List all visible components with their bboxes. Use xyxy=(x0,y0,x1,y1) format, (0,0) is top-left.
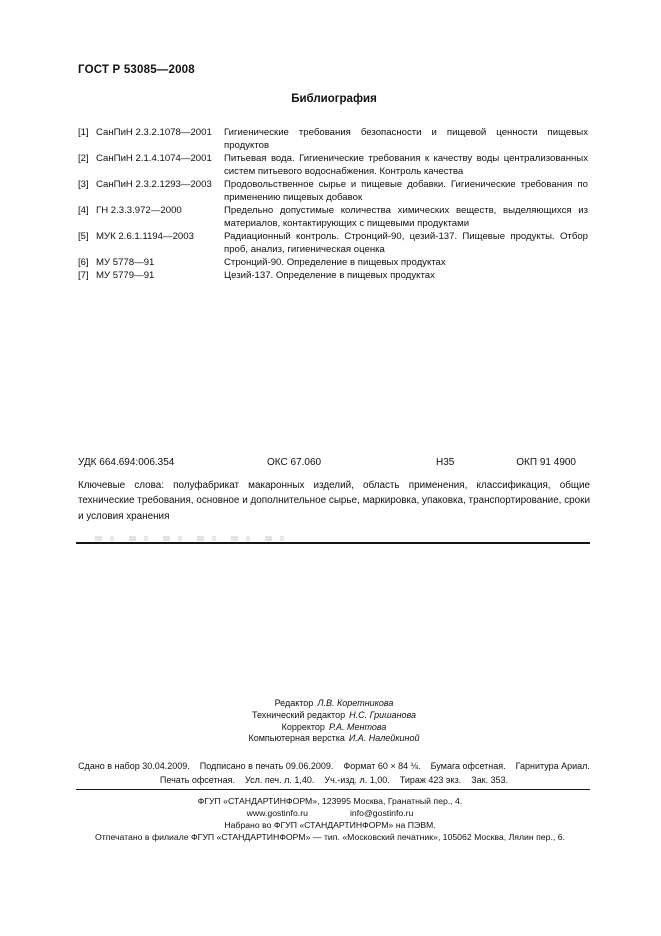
staff-row: Технический редакторН.С. Гришанова xyxy=(78,710,590,722)
staff-role: Технический редактор xyxy=(252,710,345,720)
bibliography-item-number: [7] xyxy=(78,269,96,282)
document-page: ГОСТ Р 53085—2008 Библиография [1] СанПи… xyxy=(0,0,661,936)
bibliography-item-code: ГН 2.3.3.972—2000 xyxy=(96,204,224,230)
printed-note: Отпечатано в филиале ФГУП «СТАНДАРТИНФОР… xyxy=(60,831,600,843)
bibliography-item-code: СанПиН 2.3.2.1293—2003 xyxy=(96,178,224,204)
bibliography-item: [4] ГН 2.3.3.972—2000 Предельно допустим… xyxy=(78,204,590,230)
bibliography-list: [1] СанПиН 2.3.2.1078—2001 Гигиенические… xyxy=(78,126,590,282)
bibliography-item-text: Питьевая вода. Гигиенические требования … xyxy=(224,152,588,178)
staff-role: Корректор xyxy=(282,722,325,732)
staff-row: Компьютерная версткаИ.А. Налейкиной xyxy=(78,733,590,745)
section-title: Библиография xyxy=(78,93,590,105)
okp-code: ОКП 91 4900 xyxy=(516,456,576,470)
bibliography-item-code: МУ 5778—91 xyxy=(96,256,224,269)
bibliography-item-code: МУК 2.6.1.1194—2003 xyxy=(96,230,224,256)
staff-block: РедакторЛ.В. Коретникова Технический ред… xyxy=(78,698,590,745)
classification-group-code: Н35 xyxy=(436,456,454,470)
staff-name: Р.А. Ментова xyxy=(329,722,386,732)
staff-name: Л.В. Коретникова xyxy=(317,698,393,708)
bibliography-item: [5] МУК 2.6.1.1194—2003 Радиационный кон… xyxy=(78,230,590,256)
oks-code: ОКС 67.060 xyxy=(267,456,321,470)
bibliography-item-text: Продовольственное сырье и пищевые добавк… xyxy=(224,178,588,204)
bibliography-item-number: [4] xyxy=(78,204,96,230)
staff-name: И.А. Налейкиной xyxy=(349,733,420,743)
bibliography-item-text: Цезий-137. Определение в пищевых продукт… xyxy=(224,269,588,282)
bibliography-item: [3] СанПиН 2.3.2.1293—2003 Продовольстве… xyxy=(78,178,590,204)
publisher-block: ФГУП «СТАНДАРТИНФОРМ», 123995 Москва, Гр… xyxy=(60,795,600,843)
bibliography-item-number: [2] xyxy=(78,152,96,178)
bibliography-item-code: СанПиН 2.3.2.1078—2001 xyxy=(96,126,224,152)
publisher-email: info@gostinfo.ru xyxy=(350,807,413,819)
staff-name: Н.С. Гришанова xyxy=(349,710,416,720)
bibliography-item-text: Радиационный контроль. Стронций-90, цези… xyxy=(224,230,588,256)
bibliography-item-text: Гигиенические требования безопасности и … xyxy=(224,126,588,152)
bibliography-item: [1] СанПиН 2.3.2.1078—2001 Гигиенические… xyxy=(78,126,590,152)
scan-artifact xyxy=(95,536,290,541)
udk-code: УДК 664.694:006.354 xyxy=(78,456,174,470)
bibliography-item-number: [3] xyxy=(78,178,96,204)
staff-row: КорректорР.А. Ментова xyxy=(78,722,590,734)
bibliography-item: [6] МУ 5778—91 Стронций-90. Определение … xyxy=(78,256,590,269)
print-info-line: Сдано в набор 30.04.2009. Подписано в пе… xyxy=(74,759,594,773)
bibliography-item-number: [1] xyxy=(78,126,96,152)
bibliography-item-text: Стронций-90. Определение в пищевых проду… xyxy=(224,256,588,269)
divider-line-top xyxy=(76,542,590,544)
typeset-note: Набрано во ФГУП «СТАНДАРТИНФОРМ» на ПЭВМ… xyxy=(60,819,600,831)
bibliography-item: [2] СанПиН 2.1.4.1074—2001 Питьевая вода… xyxy=(78,152,590,178)
bibliography-item-number: [6] xyxy=(78,256,96,269)
print-info-block: Сдано в набор 30.04.2009. Подписано в пе… xyxy=(74,759,594,787)
staff-role: Компьютерная верстка xyxy=(248,733,344,743)
bibliography-item-text: Предельно допустимые количества химическ… xyxy=(224,204,588,230)
publisher-address: ФГУП «СТАНДАРТИНФОРМ», 123995 Москва, Гр… xyxy=(60,795,600,807)
document-header: ГОСТ Р 53085—2008 xyxy=(78,64,195,76)
classification-row: УДК 664.694:006.354 ОКС 67.060 Н35 ОКП 9… xyxy=(78,456,590,470)
keywords-paragraph: Ключевые слова: полуфабрикат макаронных … xyxy=(78,478,590,524)
staff-row: РедакторЛ.В. Коретникова xyxy=(78,698,590,710)
bibliography-item: [7] МУ 5779—91 Цезий-137. Определение в … xyxy=(78,269,590,282)
divider-line-bottom xyxy=(76,789,590,790)
bibliography-item-code: МУ 5779—91 xyxy=(96,269,224,282)
bibliography-item-number: [5] xyxy=(78,230,96,256)
print-info-line: Печать офсетная. Усл. печ. л. 1,40. Уч.-… xyxy=(74,773,594,787)
staff-role: Редактор xyxy=(275,698,314,708)
bibliography-item-code: СанПиН 2.1.4.1074—2001 xyxy=(96,152,224,178)
publisher-website: www.gostinfo.ru xyxy=(247,807,308,819)
publisher-contacts: www.gostinfo.ruinfo@gostinfo.ru xyxy=(60,807,600,819)
